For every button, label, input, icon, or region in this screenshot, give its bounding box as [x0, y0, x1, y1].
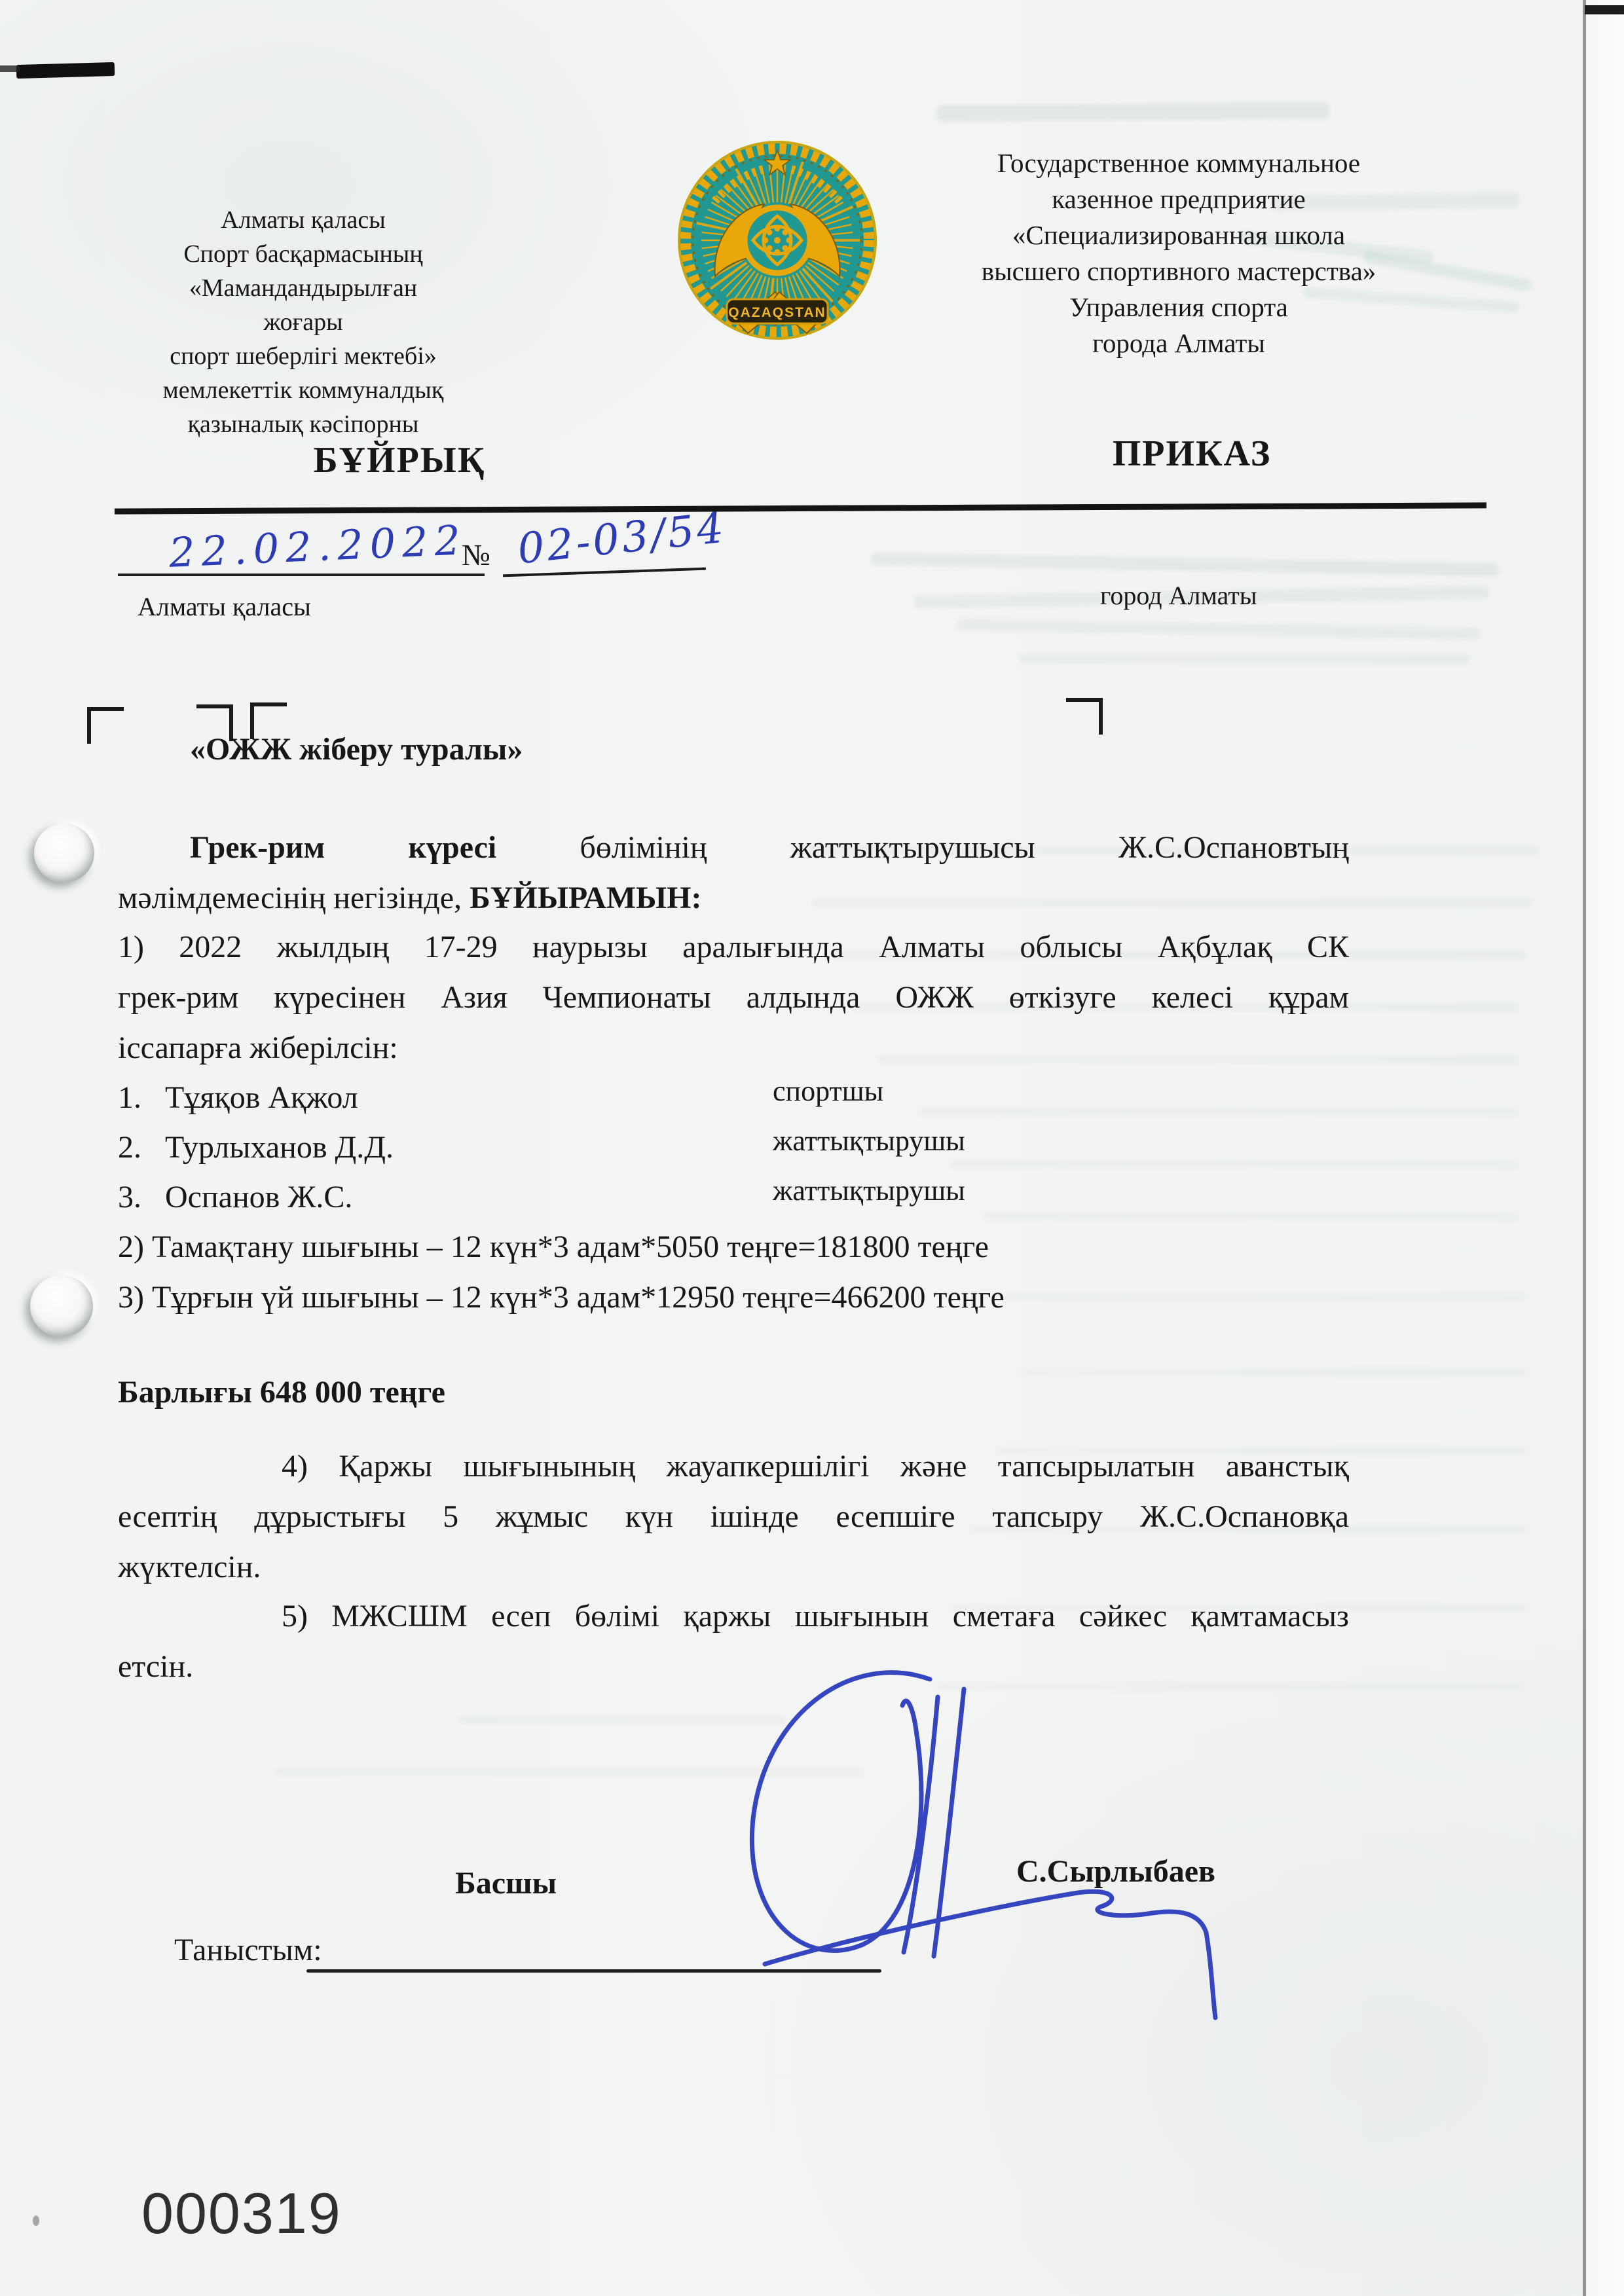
- cost-line-lodging: 3) Тұрғын үй шығыны – 12 күн*3 адам*1295…: [118, 1280, 1005, 1315]
- bleed-through-streak: [917, 1108, 1519, 1116]
- bleed-through-streak: [871, 553, 1500, 577]
- body-paragraph1-line1: Грек-рим күресі бөлімінің жаттықтырушысы…: [190, 830, 1349, 866]
- paper-right-edge: [1583, 0, 1586, 2296]
- doc-title-russian: ПРИКАЗ: [1087, 433, 1297, 475]
- org-right-line: высшего спортивного мастерства»: [936, 253, 1421, 289]
- body-item1-line1: 1) 2022 жылдың 17-29 наурызы аралығында …: [118, 930, 1349, 965]
- crop-mark: [1066, 698, 1103, 735]
- body-bold-segment: Грек-рим күресі: [190, 830, 496, 865]
- bleed-through-streak: [956, 619, 1480, 640]
- roster-role: жаттықтырушы: [773, 1125, 965, 1157]
- body-item5-line1: 5) МЖСШМ есеп бөлімі қаржы шығынын смета…: [282, 1599, 1349, 1634]
- org-left-line: Алматы қаласы: [149, 203, 457, 237]
- crop-mark: [87, 707, 124, 744]
- scan-speck: [33, 2215, 39, 2226]
- org-right-line: казенное предприятие: [936, 181, 1421, 217]
- header-divider-rule: [115, 502, 1486, 514]
- cost-line-food: 2) Тамақтану шығыны – 12 күн*3 адам*5050…: [118, 1230, 989, 1265]
- city-kazakh: Алматы қаласы: [138, 592, 311, 622]
- roster-row: 2.Турлыханов Д.Д.: [118, 1130, 394, 1165]
- roster-role: спортшы: [773, 1075, 883, 1107]
- org-name-russian: Государственное коммунальное казенное пр…: [936, 145, 1421, 361]
- body-item1-line3: іссапарға жіберілсін:: [118, 1030, 398, 1066]
- bleed-through-streak: [812, 898, 1532, 907]
- roster-name: Тұяқов Ақжол: [165, 1080, 358, 1115]
- bleed-through-streak: [982, 1212, 1519, 1220]
- city-russian: город Алматы: [1100, 581, 1257, 611]
- roster-name: Оспанов Ж.С.: [165, 1180, 352, 1214]
- org-left-line: спорт шеберлігі мектебі»: [149, 339, 457, 373]
- body-segment: мәлімдемесінің негізінде,: [118, 881, 470, 915]
- scan-corner-artifact: [1585, 5, 1624, 14]
- signature-ink: [655, 1656, 1283, 2036]
- body-item4-line2: есептің дұрыстығы 5 жұмыс күн ішінде есе…: [118, 1499, 1349, 1535]
- roster-row: 3.Оспанов Ж.С.: [118, 1180, 352, 1215]
- form-number: 000319: [141, 2181, 342, 2246]
- subject-line: «ОЖЖ жіберу туралы»: [190, 732, 523, 767]
- roster-number: 3.: [118, 1180, 165, 1215]
- bleed-through-streak: [877, 1055, 1519, 1064]
- roster-number: 1.: [118, 1080, 165, 1116]
- order-date-handwritten: 22.02.2022: [168, 517, 468, 575]
- scan-edge-strip: [1586, 0, 1624, 2296]
- date-underline: [118, 574, 485, 576]
- total-line: Барлығы 648 000 теңге: [118, 1375, 445, 1410]
- body-paragraph1-line2: мәлімдемесінің негізінде, БҰЙЫРАМЫН:: [118, 881, 702, 916]
- doc-title-kazakh: БҰЙРЫҚ: [288, 440, 511, 481]
- acknowledge-line: [306, 1969, 881, 1973]
- body-bold-segment: БҰЙЫРАМЫН:: [470, 881, 701, 915]
- body-item1-line2: грек-рим күресінен Азия Чемпионаты алдын…: [118, 980, 1349, 1015]
- roster-name: Турлыханов Д.Д.: [165, 1130, 394, 1165]
- org-left-line: Спорт басқармасының: [149, 237, 457, 271]
- body-item4-line1: 4) Қаржы шығынының жауапкершілігі және т…: [282, 1449, 1349, 1484]
- scan-mark-left-edge: [0, 65, 20, 72]
- org-right-line: «Специализированная школа: [936, 217, 1421, 253]
- org-left-line: мемлекеттік коммуналдық: [149, 373, 457, 407]
- punch-hole-bottom: [30, 1275, 93, 1337]
- roster-number: 2.: [118, 1130, 165, 1165]
- org-right-line: Государственное коммунальное: [936, 145, 1421, 181]
- roster-role: жаттықтырушы: [773, 1175, 965, 1207]
- scan-mark-top-left: [16, 62, 115, 79]
- punch-hole-top: [34, 824, 94, 883]
- acknowledge-label: Таныстым:: [174, 1933, 322, 1968]
- body-item4-line3: жүктелсін.: [118, 1550, 261, 1585]
- bleed-through-streak: [1018, 653, 1470, 664]
- bleed-through-streak: [950, 1160, 1519, 1168]
- org-right-line: города Алматы: [936, 325, 1421, 361]
- bleed-through-streak: [1002, 1293, 1526, 1301]
- number-sign: №: [462, 538, 490, 572]
- order-number-handwritten: 02-03/54: [515, 505, 728, 574]
- signer-position: Басшы: [455, 1866, 557, 1901]
- org-left-line: қазыналық кәсіпорны: [149, 407, 457, 441]
- body-item5-line2: етсін.: [118, 1649, 193, 1685]
- bleed-through-streak: [1022, 1368, 1526, 1376]
- roster-row: 1.Тұяқов Ақжол: [118, 1080, 358, 1116]
- kazakhstan-coat-of-arms-icon: QAZAQSTAN: [676, 139, 879, 342]
- org-left-line: «Мамандандырылған жоғары: [149, 271, 457, 339]
- org-right-line: Управления спорта: [936, 289, 1421, 325]
- body-segment: бөлімінің жаттықтырушысы Ж.С.Оспановтың: [580, 830, 1349, 865]
- scanned-order-document: Алматы қаласы Спорт басқармасының «Маман…: [0, 0, 1624, 2296]
- org-name-kazakh: Алматы қаласы Спорт басқармасының «Маман…: [149, 203, 457, 441]
- bleed-through-streak: [936, 101, 1329, 122]
- emblem-banner-text: QAZAQSTAN: [728, 305, 826, 320]
